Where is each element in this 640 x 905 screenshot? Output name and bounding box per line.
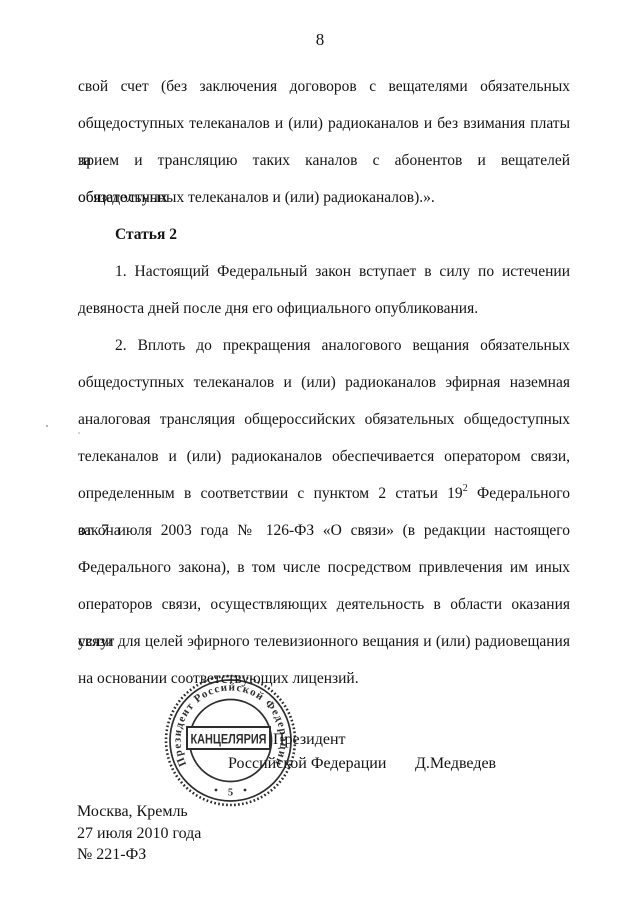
text-line: определенным в соответствии с пунктом 2 …: [78, 475, 570, 512]
scan-speck: [78, 432, 80, 434]
text-line: телеканалов и (или) радиоканалов обеспеч…: [78, 438, 570, 475]
footer-law-number: № 221-ФЗ: [77, 844, 201, 866]
stamp-bottom-number: 5: [228, 788, 233, 799]
text-line: прием и трансляцию таких каналов с абоне…: [78, 142, 570, 179]
text-line: операторов связи, осуществляющих деятель…: [78, 586, 570, 623]
text-segment: определенным в соответствии с пунктом 2 …: [78, 485, 463, 502]
text-line: девяноста дней после дня его официальног…: [78, 290, 570, 327]
stamp-dot-right: [244, 789, 247, 792]
scan-speck: [46, 425, 48, 427]
stamp-dot-left: [215, 789, 218, 792]
text-line: свой счет (без заключения договоров с ве…: [78, 68, 570, 105]
signature-name: Д.Медведев: [415, 755, 496, 773]
text-body: свой счет (без заключения договоров с ве…: [78, 68, 570, 697]
superscript: 2: [463, 483, 468, 494]
footer-date: 27 июля 2010 года: [77, 823, 201, 845]
text-line: аналоговая трансляция общероссийских обя…: [78, 401, 570, 438]
stamp-center-text: КАНЦЕЛЯРИЯ: [191, 732, 267, 747]
stamp-ring-text: Президент Российской Федерации: [171, 681, 289, 768]
text-line: связи для целей эфирного телевизионного …: [78, 623, 570, 660]
page-number: 8: [0, 30, 640, 50]
text-line: 2. Вплоть до прекращения аналогового вещ…: [78, 327, 570, 364]
text-line: Федерального закона), в том числе посред…: [78, 549, 570, 586]
text-line: общедоступных телеканалов и (или) радиок…: [78, 364, 570, 401]
chancellery-stamp-icon: Президент Российской Федерации 5 КАНЦЕЛЯ…: [158, 668, 303, 813]
text-line: на основании соответствующих лицензий.: [78, 660, 570, 697]
text-line: от 7 июля 2003 года № 126-ФЗ «О связи» (…: [78, 512, 570, 549]
text-line: общедоступных телеканалов и (или) радиок…: [78, 179, 570, 216]
text-line: общедоступных телеканалов и (или) радиок…: [78, 105, 570, 142]
text-line: 1. Настоящий Федеральный закон вступает …: [78, 253, 570, 290]
heading-line: Статья 2: [78, 216, 570, 253]
